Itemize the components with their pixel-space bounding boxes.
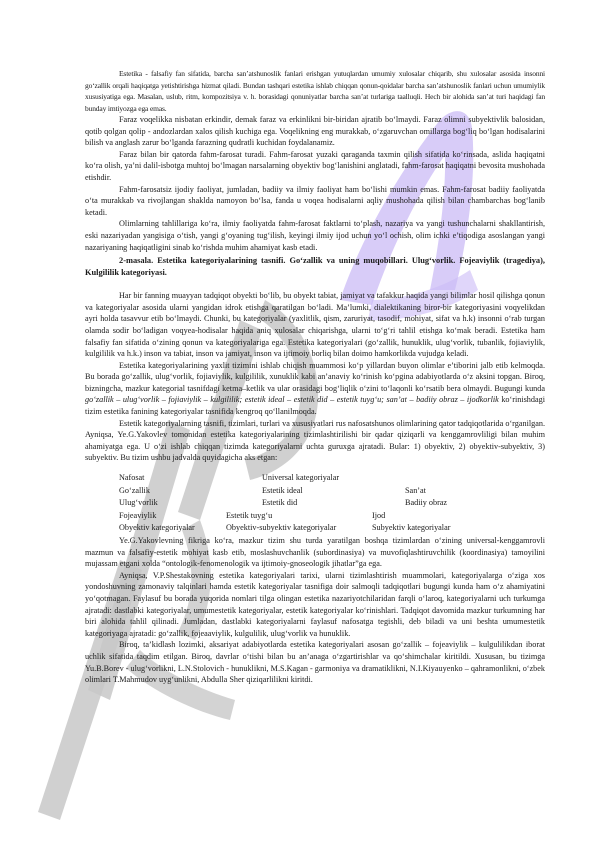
section-heading: 2-masala. Estetika kategoriyalarining ta… <box>85 255 545 279</box>
paragraph: Faraz bilan bir qatorda fahm-farosat tur… <box>85 149 545 184</box>
categories-table: Nafosat Universal kategoriyalar Go‘zalli… <box>85 473 545 535</box>
paragraph-intro: Estetika - falsafiy fan sifatida, barcha… <box>85 68 545 114</box>
paragraph: Har bir fanning muayyan tadqiqot obyekti… <box>85 290 545 360</box>
table-cell: Estetik ideal <box>262 486 303 495</box>
paragraph: Olimlarning tahlillariga ko‘ra, ilmiy fa… <box>85 218 545 253</box>
paragraph: Fahm-farosatsiz ijodiy faoliyat, jumlada… <box>85 184 545 219</box>
document-page: Estetika - falsafiy fan sifatida, barcha… <box>0 0 596 842</box>
table-cell: Obyektiv kategoriyalar <box>119 523 195 532</box>
table-cell: Ijod <box>372 511 385 520</box>
table-cell: Badiiy obraz <box>405 498 447 507</box>
table-cell: Universal kategoriyalar <box>262 473 339 482</box>
document-body: Estetika - falsafiy fan sifatida, barcha… <box>85 68 545 686</box>
paragraph-with-italics: Estetika kategoriyalarining yaxlit tizim… <box>85 360 545 418</box>
paragraph: Ye.G.Yakovlevning fikriga ko‘ra, mazkur … <box>85 535 545 570</box>
paragraph-text: Estetika kategoriyalarining yaxlit tizim… <box>85 361 545 393</box>
table-cell: Nafosat <box>119 473 144 482</box>
paragraph: Biroq, ta’kidlash lozimki, aksariyat ada… <box>85 639 545 685</box>
table-cell: Go‘zallik <box>119 486 150 495</box>
paragraph: Faraz voqelikka nisbatan erkindir, demak… <box>85 114 545 149</box>
table-cell: Obyektiv-subyektiv kategoriyalar <box>226 523 336 532</box>
paragraph: Estetik kategoriyalarning tasnifi, tizim… <box>85 418 545 464</box>
table-cell: Subyektiv kategoriyalar <box>372 523 450 532</box>
table-cell: Estetik did <box>262 498 297 507</box>
table-cell: Fojeaviylik <box>119 511 156 520</box>
paragraph: Ayniqsa, V.P.Shestakovning estetika kate… <box>85 570 545 640</box>
table-cell: Ulug‘vorlik <box>119 498 158 507</box>
italic-categories: go‘zallik – ulug‘vorlik – fojiaviylik – … <box>85 395 499 404</box>
table-cell: San’at <box>405 486 426 495</box>
table-cell: Estetik tuyg‘u <box>226 511 272 520</box>
